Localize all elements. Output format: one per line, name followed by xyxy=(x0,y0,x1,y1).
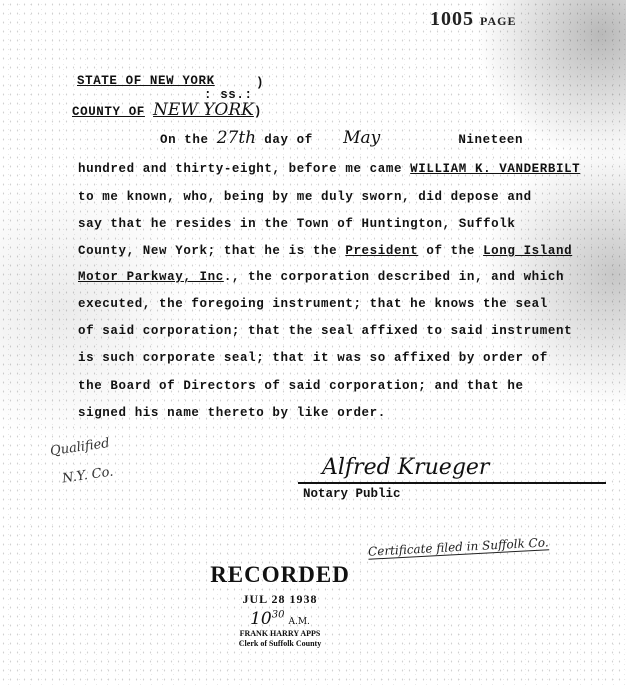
commission-note: Certificate filed in Suffolk Co. xyxy=(368,535,549,559)
book-number: 1005 xyxy=(430,8,474,30)
venue-county: COUNTY OF NEW YORK) xyxy=(72,100,262,120)
body-line-2: hundred and thirty-eight, before me came… xyxy=(78,162,580,176)
book-page-stamp: 1005PAGE xyxy=(430,8,516,31)
body-line-4: say that he resides in the Town of Hunti… xyxy=(78,217,515,231)
body-line-3: to me known, who, being by me duly sworn… xyxy=(78,190,532,204)
affiant-title: President xyxy=(345,244,418,258)
notary-title: Notary Public xyxy=(303,487,401,501)
margin-note-2: N.Y. Co. xyxy=(61,464,114,486)
body-line-8: of said corporation; that the seal affix… xyxy=(78,324,572,338)
body-line-6: Motor Parkway, Inc., the corporation des… xyxy=(78,270,564,284)
body-line-1: On the 27th day of May Nineteen xyxy=(160,128,523,148)
body-line-7: executed, the foregoing instrument; that… xyxy=(78,297,548,311)
recorded-date: JUL 28 1938 xyxy=(180,592,380,607)
margin-note-1: Qualified xyxy=(49,436,110,459)
clerk-name: FRANK HARRY APPS xyxy=(180,629,380,639)
signature-line xyxy=(298,482,606,484)
recorded-title: RECORDED xyxy=(180,562,380,588)
recorded-time: 1030A.M. xyxy=(180,609,380,629)
page-label: PAGE xyxy=(480,14,516,28)
body-line-10: the Board of Directors of said corporati… xyxy=(78,379,524,393)
body-line-11: signed his name thereto by like order. xyxy=(78,406,386,420)
affiant-name: WILLIAM K. VANDERBILT xyxy=(410,162,580,176)
notary-signature: Alfred Krueger xyxy=(322,455,489,480)
clerk-title: Clerk of Suffolk County xyxy=(180,639,380,649)
body-line-9: is such corporate seal; that it was so a… xyxy=(78,351,548,365)
corporation-name: Motor Parkway, Inc xyxy=(78,270,224,284)
venue-brace: ) xyxy=(256,76,264,90)
recorded-stamp: RECORDED JUL 28 1938 1030A.M. FRANK HARR… xyxy=(180,562,380,649)
venue-state: STATE OF NEW YORK xyxy=(77,74,215,88)
body-line-5: County, New York; that he is the Preside… xyxy=(78,244,572,258)
scanned-document-page: 1005PAGE STATE OF NEW YORK ) : ss.: COUN… xyxy=(0,0,626,686)
